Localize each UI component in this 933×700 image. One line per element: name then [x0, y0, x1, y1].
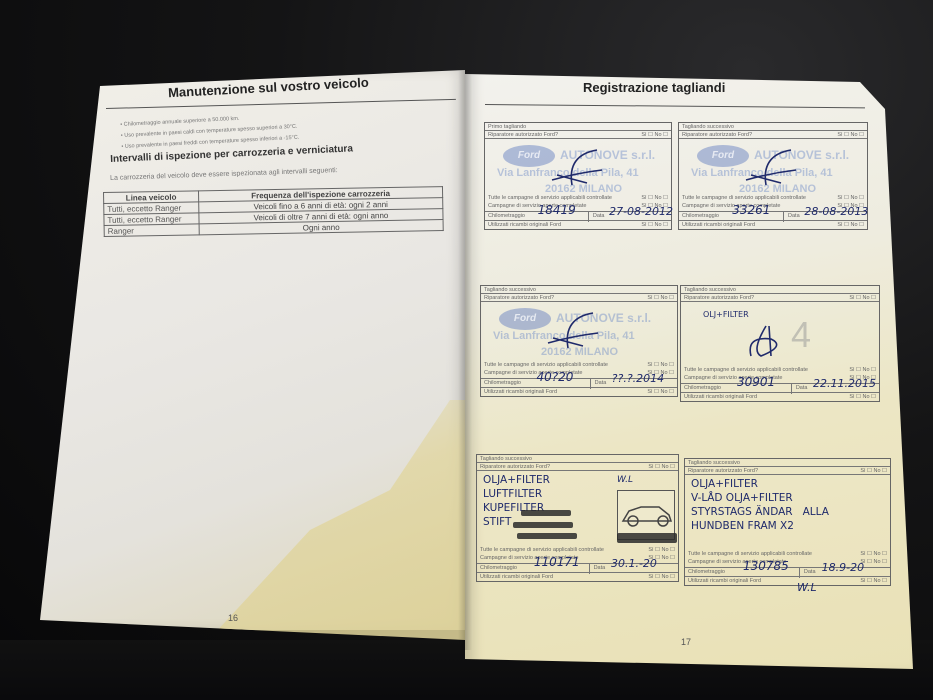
yes-no-checkbox[interactable]: Sì ☐ No ☐ [647, 361, 674, 369]
inspection-table: Linea veicolo Frequenza dell'ispezione c… [103, 186, 444, 237]
date-label: Data [804, 569, 816, 575]
date-label: Data [595, 380, 607, 386]
original-parts-row: Utilizzati ricambi originali FordSì ☐ No… [477, 573, 678, 581]
date-label: Data [788, 213, 800, 219]
campaigns-checked-row: Tutte le campagne di servizio applicabil… [679, 194, 867, 202]
original-parts-row: Utilizzati ricambi originali FordSì ☐ No… [681, 393, 879, 401]
coupon-heading: Tagliando successivo [477, 455, 678, 463]
coupon-heading: Tagliando successivo [681, 286, 879, 294]
yes-no-checkbox[interactable]: Sì ☐ No ☐ [860, 550, 887, 558]
right-page-title: Registrazione tagliandi [583, 80, 725, 95]
coupon-heading: Tagliando successivo [685, 459, 890, 467]
yes-no-checkbox[interactable]: Sì ☐ No ☐ [860, 558, 887, 566]
authorized-row: Riparatore autorizzato Ford?Sì ☐ No ☐ [685, 467, 890, 475]
original-parts-row: Utilizzati ricambi originali FordSì ☐ No… [485, 221, 671, 229]
mileage-label: Chilometraggio [682, 213, 719, 219]
handwritten-notes: OLJA+FILTER V-LÅD OLJA+FILTER STYRSTAGS … [691, 477, 829, 533]
campaigns-checked-row: Tutte le campagne di servizio applicabil… [481, 361, 677, 369]
yes-no-checkbox[interactable]: Sì ☐ No ☐ [837, 194, 864, 202]
authorized-row: Riparatore autorizzato Ford?Sì ☐ No ☐ [481, 294, 677, 302]
mileage-label: Chilometraggio [484, 380, 521, 386]
original-parts-row: Utilizzati ricambi originali FordSì ☐ No… [481, 388, 677, 396]
service-coupon: Primo tagliandoRiparatore autorizzato Fo… [484, 122, 672, 230]
cell-vehicle: Ranger [104, 224, 199, 237]
yes-no-checkbox[interactable]: Sì ☐ No ☐ [648, 463, 675, 471]
coupon-heading: Primo tagliando [485, 123, 671, 131]
redacted-text [517, 533, 577, 539]
date-value: 18.9-20 [822, 561, 864, 574]
yes-no-checkbox[interactable]: Sì ☐ No ☐ [647, 294, 674, 302]
mileage-value: 33261 [732, 203, 770, 217]
initials: W.L [797, 581, 817, 594]
mileage-value: 130785 [743, 559, 789, 573]
yes-no-checkbox[interactable]: Sì ☐ No ☐ [860, 467, 887, 475]
date-value: 22.11.2015 [813, 377, 876, 390]
yes-no-checkbox[interactable]: Sì ☐ No ☐ [648, 573, 675, 581]
mileage-label: Chilometraggio [480, 565, 517, 571]
mileage-value: 40?20 [536, 370, 573, 384]
service-coupon: Tagliando successivoRiparatore autorizza… [678, 122, 868, 230]
service-coupon: Tagliando successivoRiparatore autorizza… [476, 454, 679, 582]
campaigns-checked-row: Tutte le campagne di servizio applicabil… [685, 550, 890, 558]
service-coupon: Tagliando successivoRiparatore autorizza… [684, 458, 891, 586]
campaigns-checked-row: Tutte le campagne di servizio applicabil… [485, 194, 671, 202]
signature-icon [547, 145, 607, 190]
yes-no-checkbox[interactable]: Sì ☐ No ☐ [849, 393, 876, 401]
authorized-row: Riparatore autorizzato Ford?Sì ☐ No ☐ [477, 463, 678, 471]
yes-no-checkbox[interactable]: Sì ☐ No ☐ [837, 221, 864, 229]
yes-no-checkbox[interactable]: Sì ☐ No ☐ [837, 131, 864, 139]
date-label: Data [796, 385, 808, 391]
yes-no-checkbox[interactable]: Sì ☐ No ☐ [648, 546, 675, 554]
campaigns-checked-row: Tutte le campagne di servizio applicabil… [681, 366, 879, 374]
yes-no-checkbox[interactable]: Sì ☐ No ☐ [641, 131, 668, 139]
original-parts-row: Utilizzati ricambi originali FordSì ☐ No… [679, 221, 867, 229]
initials: W.L [617, 475, 633, 485]
coupon-heading: Tagliando successivo [679, 123, 867, 131]
yes-no-checkbox[interactable]: Sì ☐ No ☐ [647, 388, 674, 396]
date-value: 30.1.-20 [611, 557, 657, 570]
original-parts-row: Utilizzati ricambi originali FordSì ☐ No… [685, 577, 890, 585]
signature-icon [543, 308, 603, 353]
yes-no-checkbox[interactable]: Sì ☐ No ☐ [860, 577, 887, 585]
signature-icon [741, 145, 801, 190]
mileage-value: 18419 [538, 203, 576, 217]
date-value: 27-08-2012 [609, 205, 673, 218]
yes-no-checkbox[interactable]: Sì ☐ No ☐ [849, 366, 876, 374]
date-label: Data [594, 565, 606, 571]
redacted-text [513, 522, 573, 528]
authorized-row: Riparatore autorizzato Ford?Sì ☐ No ☐ [681, 294, 879, 302]
stamp-digit: 4 [791, 314, 811, 356]
date-value: 28-08-2013 [804, 205, 868, 218]
date-value: ??.?.2014 [612, 372, 665, 385]
mileage-value: 30901 [737, 375, 775, 389]
redacted-stamp [617, 533, 677, 543]
service-coupon: Tagliando successivoRiparatore autorizza… [680, 285, 880, 402]
mileage-label: Chilometraggio [688, 569, 725, 575]
service-coupon: Tagliando successivoRiparatore autorizza… [480, 285, 678, 397]
mileage-value: 110171 [534, 555, 580, 569]
date-label: Data [593, 213, 605, 219]
mileage-label: Chilometraggio [488, 213, 525, 219]
yes-no-checkbox[interactable]: Sì ☐ No ☐ [641, 194, 668, 202]
handwritten-notes: OLJ+FILTER [703, 308, 749, 322]
signature-icon [741, 321, 791, 361]
yes-no-checkbox[interactable]: Sì ☐ No ☐ [641, 221, 668, 229]
campaigns-checked-row: Tutte le campagne di servizio applicabil… [477, 546, 678, 554]
coupon-heading: Tagliando successivo [481, 286, 677, 294]
page-number-right: 17 [681, 637, 691, 647]
book-gutter [458, 70, 472, 650]
mileage-label: Chilometraggio [684, 385, 721, 391]
redacted-text [521, 510, 571, 516]
yes-no-checkbox[interactable]: Sì ☐ No ☐ [849, 294, 876, 302]
authorized-row: Riparatore autorizzato Ford?Sì ☐ No ☐ [679, 131, 867, 139]
page-number-left: 16 [228, 613, 238, 623]
handwritten-notes: OLJA+FILTER LUFTFILTER KUPEFILTER STIFT [483, 473, 550, 529]
authorized-row: Riparatore autorizzato Ford?Sì ☐ No ☐ [485, 131, 671, 139]
